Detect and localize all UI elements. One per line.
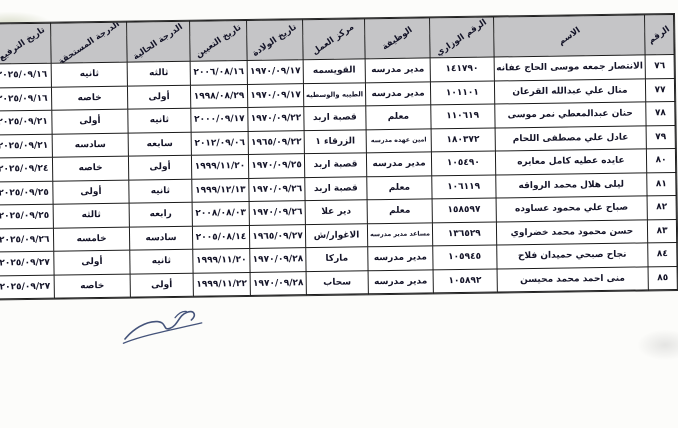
column-header-label: الدرجة الحالية [132,22,185,62]
cell-due: سادسه [52,133,129,158]
cell-name: عادل علي مصطفى اللحام [495,125,647,151]
cell-job: معلم [366,105,431,129]
column-header-name: الاسم [493,15,645,57]
cell-promo: ٢٠٢٥/٠٩/٢٤ [0,157,53,181]
cell-due: ثالثه [53,203,130,228]
column-header-promo: تاريخ الترفيع [0,23,51,64]
cell-min: ١٣٦٥٢٩ [433,222,497,246]
cell-cur: أولى [129,155,192,179]
cell-no: ٧٩ [646,125,675,149]
cell-cur: رابعه [130,202,193,226]
cell-birth: ١٩٦٥/٠٩/٢٢ [248,130,304,154]
cell-hire: ١٩٩٩/١١/٢٠ [193,248,251,272]
column-header-label: الرقم [647,24,672,45]
cell-work: قصبة اربد [305,176,367,200]
cell-work: سحاب [306,270,368,294]
cell-work: الطيبه والوسطيه [303,82,365,106]
cell-birth: ١٩٧٠/٠٩/٢٢ [248,107,304,131]
cell-hire: ١٩٩٨/٠٨/٢٩ [190,84,248,108]
column-header-cur: الدرجة الحالية [127,21,190,62]
column-header-label: مركز العمل [311,22,356,57]
cell-min: ١١٠٦١٩ [431,104,495,128]
cell-hire: ٢٠٠٥/٠٨/١٤ [192,225,250,249]
scanned-document-page: الرقمالاسمالرقم الوزاريالوظيفةمركز العمل… [0,0,678,428]
cell-cur: ثالثه [128,61,191,85]
cell-name: منال علي عبدالله القرعان [494,78,646,104]
cell-due: أولى [54,250,131,275]
cell-birth: ١٩٧٠/٠٩/١٧ [248,83,304,107]
cell-name: منى احمد محمد محيسن [497,266,649,292]
cell-name: ليلى هلال محمد الرواقه [495,172,647,198]
cell-birth: ١٩٧٠/٠٩/٢٥ [249,154,305,178]
promotion-roster-table: الرقمالاسمالرقم الوزاريالوظيفةمركز العمل… [0,14,678,300]
cell-cur: سادسه [130,226,193,250]
cell-due: ثانيه [51,62,128,87]
cell-promo: ٢٠٢٥/٠٩/٢٧ [0,275,54,299]
column-header-work: مركز العمل [303,19,366,60]
cell-cur: أولى [131,273,194,297]
cell-work: القويسمه [303,59,365,83]
cell-job: مدير مدرسه [366,81,431,105]
column-header-birth: تاريخ الولادة [247,20,303,61]
cell-cur: ثانيه [130,249,193,273]
cell-job: مدير مدرسه [367,152,432,176]
column-header-label: الدرجة المستحقة [57,22,122,63]
cell-promo: ٢٠٢٥/٠٩/٢٥ [0,181,53,205]
cell-job: امين عهده مدرسه [366,128,431,152]
cell-min: ١٠٥٨٩٢ [433,269,497,293]
cell-name: الانتصار جمعه موسى الحاج عفانه [494,55,646,81]
cell-work: دير علا [305,200,367,224]
cell-promo: ٢٠٢٥/٠٩/٢٥ [0,204,53,228]
column-header-label: الاسم [556,25,582,47]
column-header-label: تاريخ الولادة [251,22,299,59]
cell-no: ٧٧ [646,78,675,102]
column-header-min: الرقم الوزاري [430,17,494,58]
cell-promo: ٢٠٢٥/٠٩/٢٦ [0,228,54,252]
cell-min: ١٨٠٣٧٢ [431,128,495,152]
cell-hire: ٢٠١٢/٠٩/٠٦ [191,131,249,155]
cell-no: ٨٥ [648,266,677,290]
cell-birth: ١٩٧٠/٠٩/٢٨ [250,271,306,295]
cell-promo: ٢٠٢٥/٠٩/٢٧ [0,251,54,275]
cell-work: الزرقاء ١ [304,129,366,153]
cell-name: عايده عطيه كامل معايره [495,149,647,175]
cell-promo: ٢٠٢٥/٠٩/٢١ [0,134,52,158]
column-header-label: تاريخ الترفيع [0,25,47,63]
cell-birth: ١٩٧٠/٠٩/٢٦ [249,177,305,201]
cell-min: ١٠٥٩٤٥ [433,245,497,269]
cell-birth: ١٩٦٥/٠٩/٢٧ [250,224,306,248]
cell-hire: ١٩٩٩/١٢/١٣ [192,178,250,202]
column-header-no: الرقم [645,15,674,55]
cell-due: أولى [52,109,129,134]
column-header-label: الرقم الوزاري [435,17,489,58]
cell-birth: ١٩٧٠/٠٩/٢٦ [249,201,305,225]
cell-promo: ٢٠٢٥/٠٩/١٦ [0,63,51,87]
cell-work: قصبة اربد [304,106,366,130]
cell-hire: ٢٠٠٠/٠٩/١٧ [191,107,249,131]
cell-hire: ١٩٩٩/١١/٢٠ [191,154,249,178]
cell-birth: ١٩٧٠/٠٩/٢٨ [250,248,306,272]
cell-min: ١٤١٧٩٠ [430,57,494,81]
cell-due: خاصه [54,274,131,299]
cell-job: مدير مدرسه [365,58,430,82]
column-header-label: تاريخ التعيين [194,22,243,60]
cell-no: ٨٢ [647,195,676,219]
cell-no: ٧٨ [646,101,675,125]
table-tilt-wrapper: الرقمالاسمالرقم الوزاريالوظيفةمركز العمل… [0,14,678,300]
cell-due: خامسه [53,227,130,252]
cell-due: أولى [53,180,130,205]
cell-no: ٨١ [647,172,676,196]
cell-name: صباح علي محمود عساوده [496,196,648,222]
cell-due: خاصه [51,86,128,111]
cell-name: حنان عبدالمعطي نمر موسى [494,102,646,128]
cell-job: مدير مدرسه [368,269,433,293]
cell-name: حسن محمود محمد خضراوي [496,219,648,245]
cell-no: ٨٤ [648,242,677,266]
cell-cur: ثانيه [129,179,192,203]
cell-hire: ٢٠٠٦/٠٨/١٦ [190,60,248,84]
cell-cur: سابعه [129,132,192,156]
cell-work: الاغوار/ش [305,223,367,247]
column-header-label: الوظيفة [380,25,414,52]
cell-promo: ٢٠٢٥/٠٩/٢١ [0,110,52,134]
cell-job: مساعد مدير مدرسه [368,222,433,246]
cell-cur: أولى [128,85,191,109]
cell-work: ماركا [306,247,368,271]
cell-hire: ٢٠٠٨/٠٨/٠٣ [192,201,250,225]
cell-no: ٨٠ [647,148,676,172]
cell-no: ٧٦ [645,55,674,79]
column-header-job: الوظيفة [365,18,431,59]
cell-job: مدير مدرسه [368,246,433,270]
cell-no: ٨٣ [648,219,677,243]
cell-promo: ٢٠٢٥/٠٩/١٦ [0,87,52,111]
cell-birth: ١٩٧٠/٠٩/١٧ [247,60,303,84]
table-body: ٧٦الانتصار جمعه موسى الحاج عفانه١٤١٧٩٠مد… [0,55,677,300]
handwritten-signature [116,300,210,354]
cell-min: ١٠٥٤٩٠ [432,151,496,175]
column-header-hire: تاريخ التعيين [189,20,247,61]
cell-min: ١٥٨٥٩٧ [432,198,496,222]
cell-job: معلم [367,199,432,223]
cell-work: قصبة اربد [304,153,366,177]
cell-min: ١٠٦١١٩ [432,175,496,199]
cell-cur: ثانيه [128,108,191,132]
cell-min: ١٠١١٠١ [431,81,495,105]
cell-due: خاصه [52,156,129,181]
cell-hire: ١٩٩٩/١١/٢٢ [193,272,251,296]
cell-job: معلم [367,175,432,199]
cell-name: نجاح صبحي حميدان فلاح [496,243,648,269]
column-header-due: الدرجة المستحقة [51,22,128,63]
